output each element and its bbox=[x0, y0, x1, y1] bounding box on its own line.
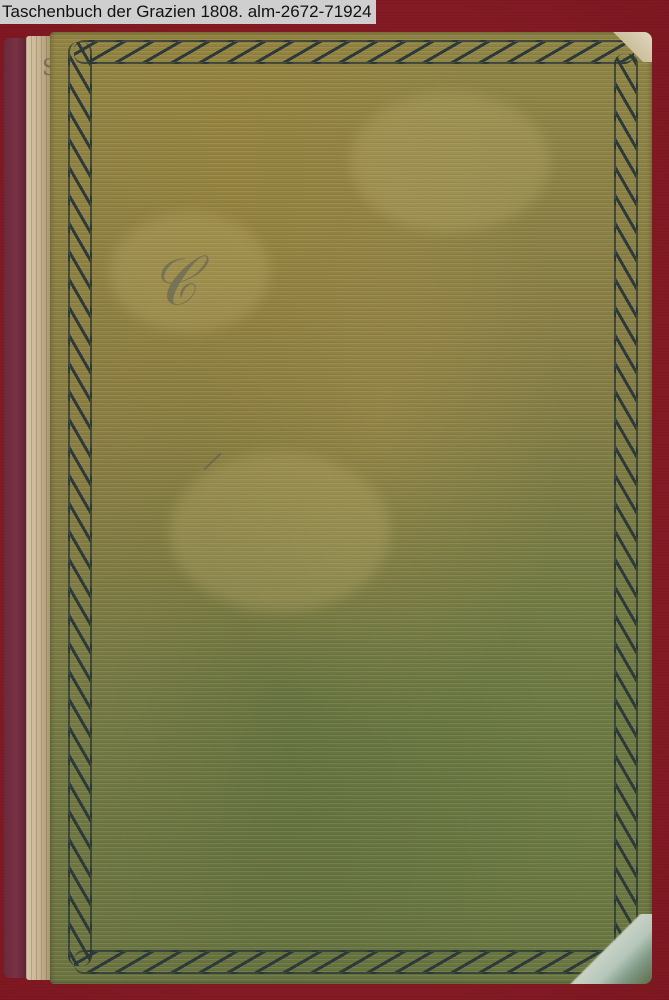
rope-border-top bbox=[74, 40, 634, 64]
rope-border-bottom bbox=[74, 950, 634, 974]
rope-border-left bbox=[68, 42, 92, 966]
pencil-scribble: ⸝ bbox=[198, 421, 224, 480]
worn-corner-bottom-right bbox=[562, 914, 652, 984]
book-cover: 𝒞 ⸝ bbox=[50, 32, 652, 984]
rope-border-right bbox=[614, 54, 638, 966]
image-caption: Taschenbuch der Grazien 1808. alm-2672-7… bbox=[0, 0, 376, 24]
pencil-scribble: 𝒞 bbox=[145, 244, 202, 324]
worn-corner-top-right bbox=[612, 32, 652, 62]
cover-stain bbox=[350, 92, 550, 232]
book: S 𝒞 ⸝ bbox=[4, 32, 656, 990]
